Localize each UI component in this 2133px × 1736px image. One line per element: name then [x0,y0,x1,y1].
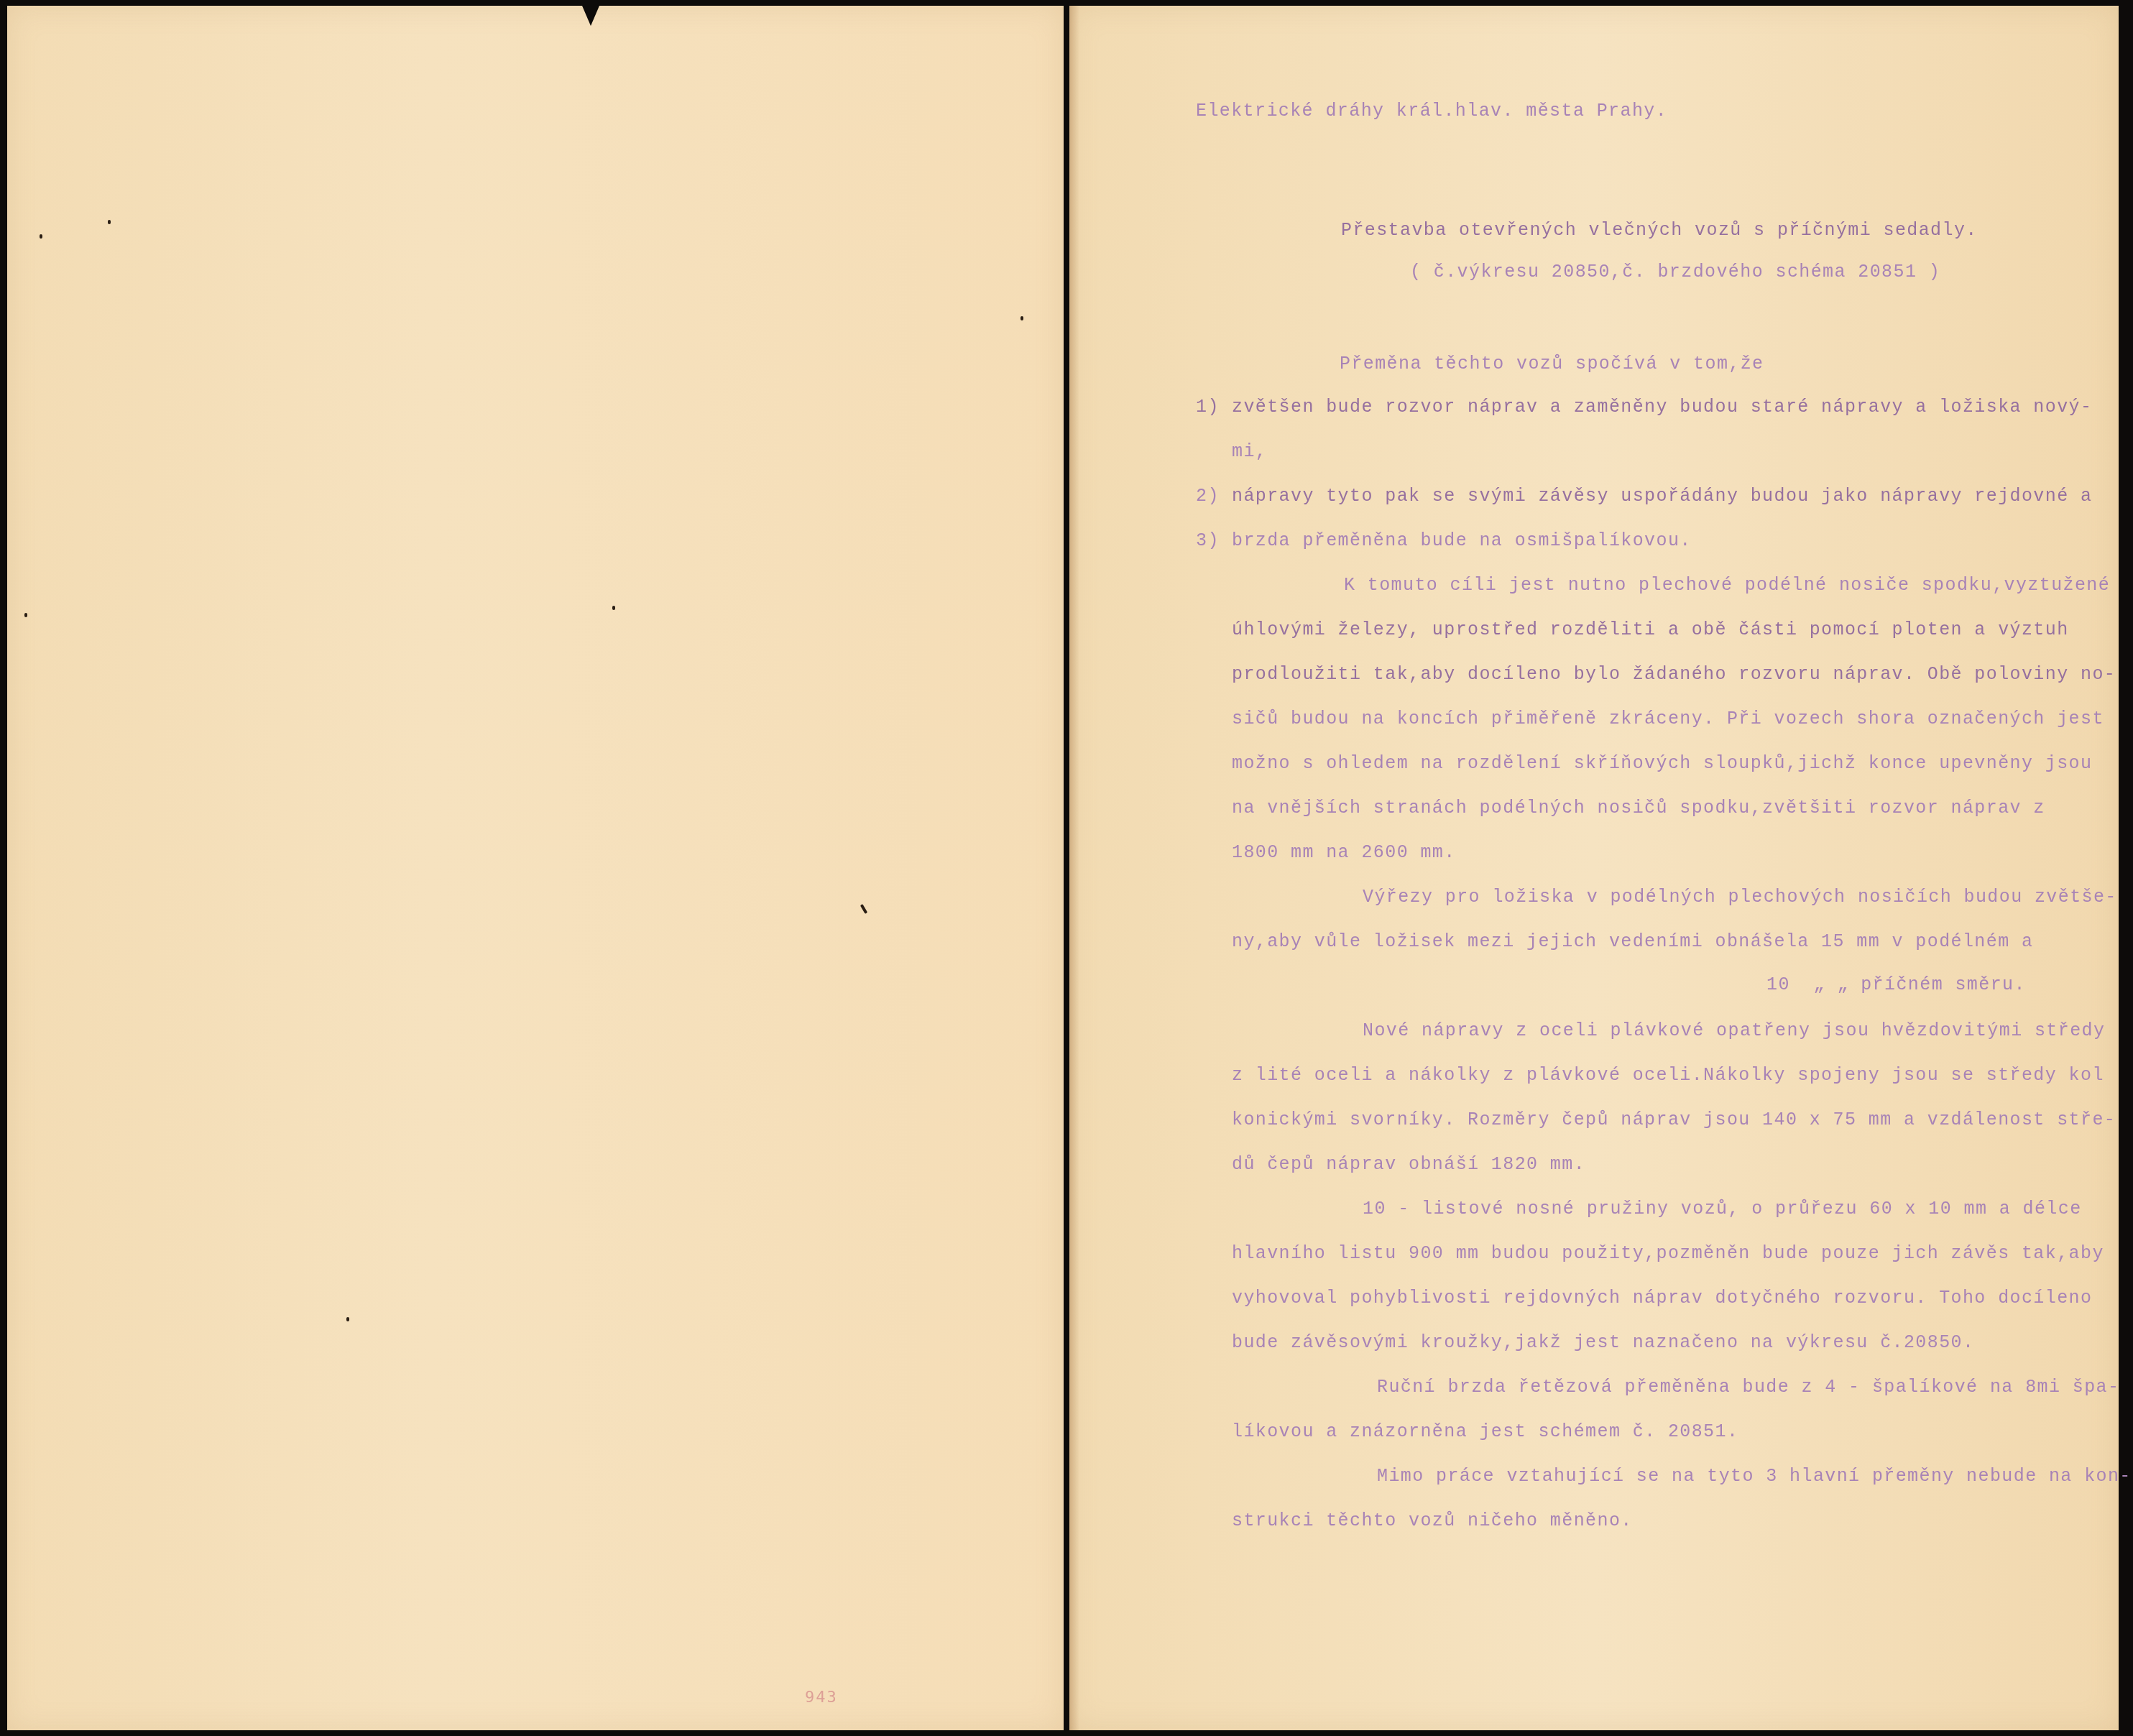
paragraph-line: z lité oceli a nákolky z plávkové oceli.… [1232,1065,2104,1086]
list-item-3-number: 3) [1196,530,1220,552]
paragraph-line: Výřezy pro ložiska v podélných plechovýc… [1363,887,2117,908]
paper-speck [1021,316,1023,320]
paragraph-line: Ruční brzda řetězová přeměněna bude z 4 … [1377,1377,2119,1398]
paragraph-line: hlavního listu 900 mm budou použity,pozm… [1232,1243,2104,1265]
document-subtitle: ( č.výkresu 20850,č. brzdového schéma 20… [1410,262,1940,283]
paragraph-line: prodloužiti tak,aby docíleno bylo žádané… [1232,664,2116,685]
paragraph-line: 1800 mm na 2600 mm. [1232,842,1456,864]
paper-speck [346,1317,349,1321]
paper-speck [24,613,27,617]
list-item-1-number: 1) [1196,397,1220,418]
paper-speck [612,606,615,610]
paragraph-line: strukci těchto vozů ničeho měněno. [1232,1510,1633,1532]
paragraph-line: vyhovoval pohyblivosti rejdovných náprav… [1232,1288,2092,1309]
paragraph-line: na vnějších stranách podélných nosičů sp… [1232,798,2045,819]
paragraph-line: líkovou a znázorněna jest schémem č. 208… [1232,1421,1738,1443]
paragraph-line: Mimo práce vztahující se na tyto 3 hlavn… [1377,1466,2132,1487]
list-item-3-line-1: brzda přeměněna bude na osmišpalíkovou. [1232,530,1692,552]
paper-speck [860,904,867,914]
list-item-2-number: 2) [1196,486,1220,507]
paper-speck [40,234,42,239]
letterhead: Elektrické dráhy král.hlav. města Prahy. [1196,101,1667,122]
list-item-1-line-1: zvětšen bude rozvor náprav a zaměněny bu… [1232,397,2092,418]
document-title: Přestavba otevřených vlečných vozů s pří… [1341,220,1978,241]
paragraph-line: bude závěsovými kroužky,jakž jest naznač… [1232,1332,1974,1354]
scanned-document-spread: 943 Elektrické dráhy král.hlav. města Pr… [0,0,2133,1736]
paragraph-line: možno s ohledem na rozdělení skříňových … [1232,753,2092,775]
right-page-typed: Elektrické dráhy král.hlav. města Prahy.… [1069,6,2119,1730]
list-item-1-line-2: mi, [1232,441,1267,463]
left-page-blank: 943 [7,6,1064,1730]
paragraph-line: 10 „ „ příčném směru. [1766,974,2026,996]
paragraph-line: 10 - listové nosné pružiny vozů, o průře… [1363,1199,2082,1220]
paragraph-line: Nové nápravy z oceli plávkové opatřeny j… [1363,1020,2105,1042]
paragraph-line: dů čepů náprav obnáší 1820 mm. [1232,1154,1585,1176]
page-notch [582,6,599,26]
paragraph-line: úhlovými železy, uprostřed rozděliti a o… [1232,619,2069,641]
paper-speck [108,220,111,224]
paragraph-line: K tomuto cíli jest nutno plechové podéln… [1344,575,2110,596]
archive-stamp: 943 [805,1689,838,1707]
page-fold-shadow [1069,6,1079,1730]
paragraph-line: konickými svorníky. Rozměry čepů náprav … [1232,1109,2116,1131]
intro-line: Přeměna těchto vozů spočívá v tom,že [1340,354,1764,375]
paragraph-line: sičů budou na koncích přiměřeně zkráceny… [1232,708,2104,730]
list-item-2-line-1: nápravy tyto pak se svými závěsy uspořád… [1232,486,2092,507]
paragraph-line: ny,aby vůle ložisek mezi jejich vedeními… [1232,931,2033,953]
